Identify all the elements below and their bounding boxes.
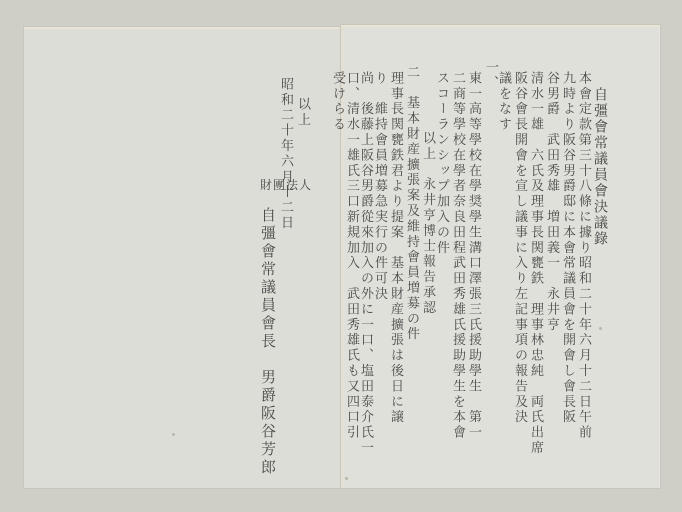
- text-column: 以上 永井亨博士報告承認: [421, 131, 434, 316]
- text-column: 阪谷會長開會を宣し議事に入り左記事項の報告及決: [513, 71, 526, 425]
- sheet-edge: [341, 25, 659, 27]
- paper-speck: [599, 327, 602, 330]
- text-column: 理事長関甕鉄君より提案 基本財産擴張は後日に譲: [389, 71, 402, 425]
- text-column: 議をなす: [497, 71, 510, 133]
- text-column: 谷男爵 武田秀雄 増田義一 永井亨: [545, 71, 558, 333]
- right-sheet: 自彊會常議員會決議錄 本會定款第三十八條に據り昭和二十年六月十二日午前 九時より…: [341, 25, 660, 488]
- text-column: り 維持會員増募急実行の件可決: [373, 71, 386, 302]
- org-prefix: 財團法人: [260, 179, 290, 209]
- closing-word: 以上: [296, 97, 309, 128]
- text-column: 口、清水一雄氏三口新規加入 武田秀雄氏も又四口引: [345, 71, 358, 441]
- document-title: 自彊會常議員會決議錄: [593, 87, 607, 247]
- paper-speck: [172, 433, 175, 436]
- sheet-edge: [24, 27, 344, 29]
- text-column: スコーランシップ加入の件: [435, 71, 448, 256]
- text-column: 本會定款第三十八條に據り昭和二十年六月十二日午前: [577, 71, 590, 441]
- text-column: 二商等學校在學者奈良田程武田秀雄氏援助學生を本會: [451, 71, 464, 441]
- text-column: 二 基本財産擴張案及維持會員増募の件: [405, 65, 418, 342]
- text-column: 清水一雄 六氏及理事長関甕鉄 理事林忠純 両氏出席: [529, 71, 542, 456]
- text-column: 九時より阪谷男爵邸に本會常議員會を開會し會長阪: [561, 71, 574, 425]
- left-sheet: 以上 昭和二十年六月十二日 財團法人 自彊會常議員會長 男爵阪谷芳郎: [24, 27, 344, 488]
- text-column: 受けらる: [331, 71, 344, 133]
- paper-speck: [579, 137, 582, 140]
- text-column: 東一高等學校在學奨學生溝口澤張三氏援助學生 第一: [467, 71, 480, 441]
- signatory: 自彊會常議員會長 男爵阪谷芳郎: [260, 207, 275, 477]
- item-number: 一、: [484, 60, 497, 91]
- paper-speck: [345, 477, 348, 480]
- text-column: 尚 後藤上阪谷男爵從來加入の外に一口、塩田泰介氏一: [359, 71, 372, 456]
